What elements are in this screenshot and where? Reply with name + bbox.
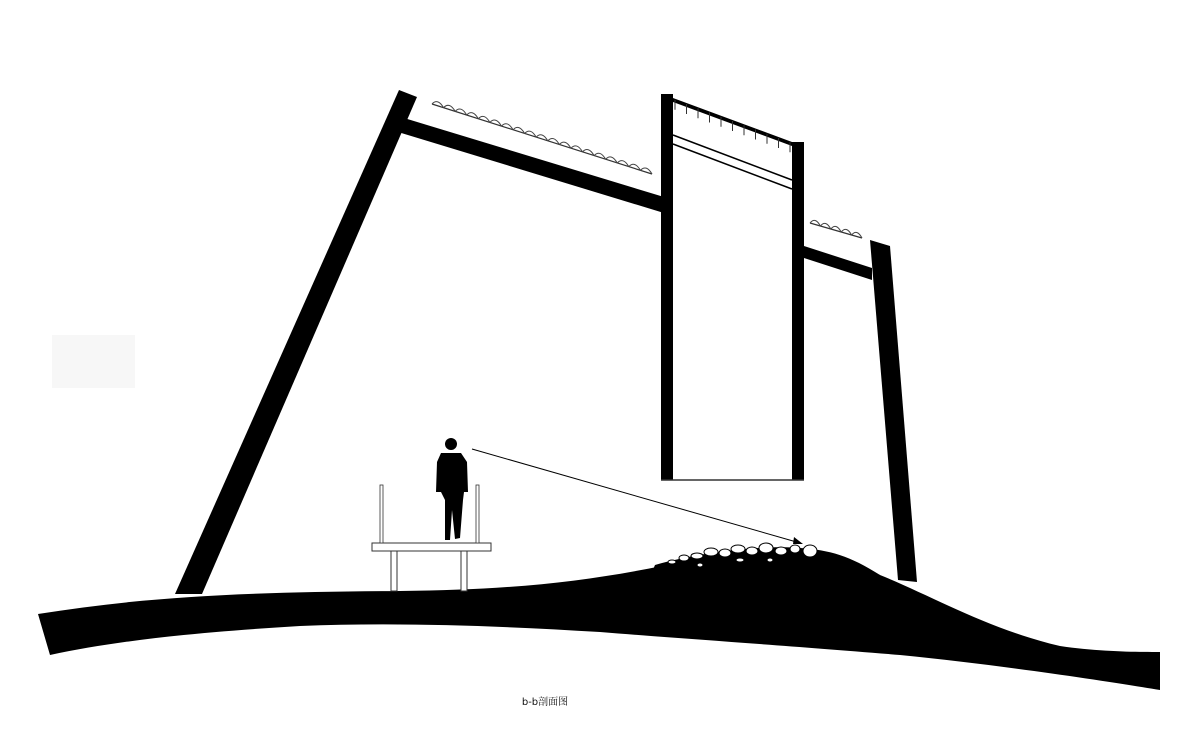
skylight-right-wall [792, 142, 804, 480]
platform-deck [372, 543, 491, 551]
skylight-left-wall [661, 94, 673, 480]
sight-line [472, 449, 800, 543]
right-wall [870, 240, 917, 582]
pebble-mound [640, 547, 880, 600]
railing-right [476, 485, 479, 543]
person-silhouette [436, 438, 468, 540]
lower-roof-beam [804, 246, 872, 280]
railing-left [380, 485, 383, 543]
drawing-title: b-b剖面图 [0, 693, 1090, 708]
section-drawing [0, 0, 1200, 754]
